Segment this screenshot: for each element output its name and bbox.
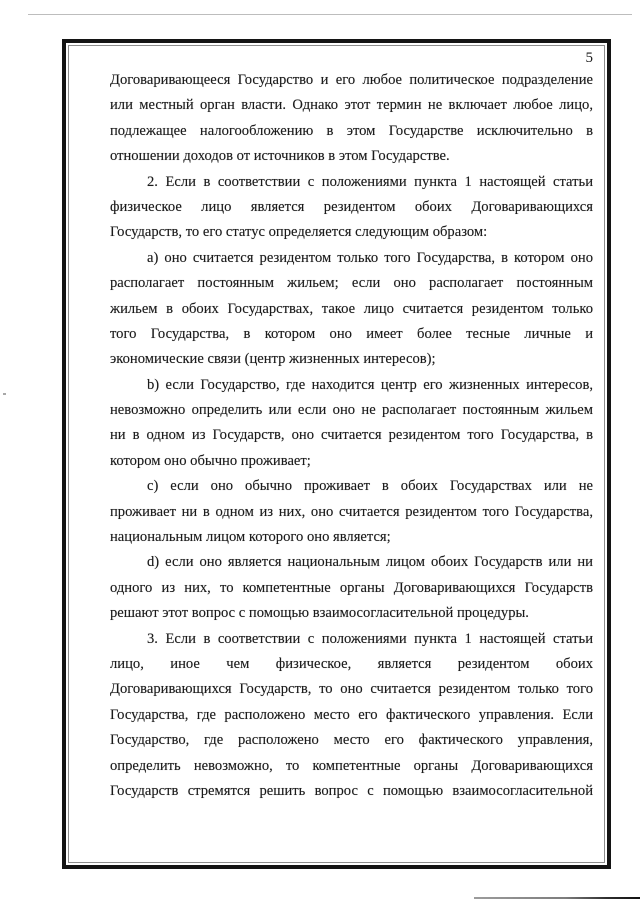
text-line: ни в одном из Государств, оно считается …: [110, 423, 593, 448]
text-line: отношении доходов от источников в этом Г…: [110, 144, 593, 169]
text-line: экономические связи (центр жизненных инт…: [110, 347, 593, 372]
text-line: располагает постоянным жильем; если оно …: [110, 271, 593, 296]
text-line: национальным лицом которого оно является…: [110, 525, 593, 550]
text-line: Государств, то его статус определяется с…: [110, 220, 593, 245]
text-line: лицо, иное чем физическое, является рези…: [110, 652, 593, 677]
text-line: 2. Если в соответствии с положениями пун…: [110, 170, 593, 195]
text-line: решают этот вопрос с помощью взаимосогла…: [110, 601, 593, 626]
text-line: котором оно обычно проживает;: [110, 449, 593, 474]
scanned-document-page: { "document": { "page_number": "5", "bod…: [0, 0, 640, 905]
text-line: Договаривающееся Государство и его любое…: [110, 68, 593, 93]
scan-artifact-top-line: [28, 14, 632, 15]
scan-artifact-speck: [3, 393, 6, 395]
text-line: b) если Государство, где находится центр…: [110, 373, 593, 398]
text-line: d) если оно является национальным лицом …: [110, 550, 593, 575]
text-line: жильем в обоих Государствах, такое лицо …: [110, 297, 593, 322]
text-line: Договаривающихся Государств, то оно счит…: [110, 677, 593, 702]
text-line: невозможно определить или если оно не ра…: [110, 398, 593, 423]
document-text: Договаривающееся Государство и его любое…: [110, 68, 593, 804]
text-line: физическое лицо является резидентом обои…: [110, 195, 593, 220]
text-line: или местный орган власти. Однако этот те…: [110, 93, 593, 118]
text-line: определить невозможно, то компетентные о…: [110, 754, 593, 779]
text-line: Государства, где расположено место его ф…: [110, 703, 593, 728]
text-line: а) оно считается резидентом только того …: [110, 246, 593, 271]
text-line: того Государства, в котором оно имеет бо…: [110, 322, 593, 347]
page-number: 5: [110, 49, 593, 67]
text-line: проживает ни в одном из них, оно считает…: [110, 500, 593, 525]
text-line: подлежащее налогообложению в этом Госуда…: [110, 119, 593, 144]
scan-artifact-bottom-line: [474, 897, 640, 899]
text-line: одного из них, то компетентные органы До…: [110, 576, 593, 601]
text-line: c) если оно обычно проживает в обоих Гос…: [110, 474, 593, 499]
text-line: Государство, где расположено место его ф…: [110, 728, 593, 753]
text-line: 3. Если в соответствии с положениями пун…: [110, 627, 593, 652]
page-border-frame: 5 Договаривающееся Государство и его люб…: [62, 39, 611, 869]
text-line: Государств стремятся решить вопрос с пом…: [110, 779, 593, 804]
